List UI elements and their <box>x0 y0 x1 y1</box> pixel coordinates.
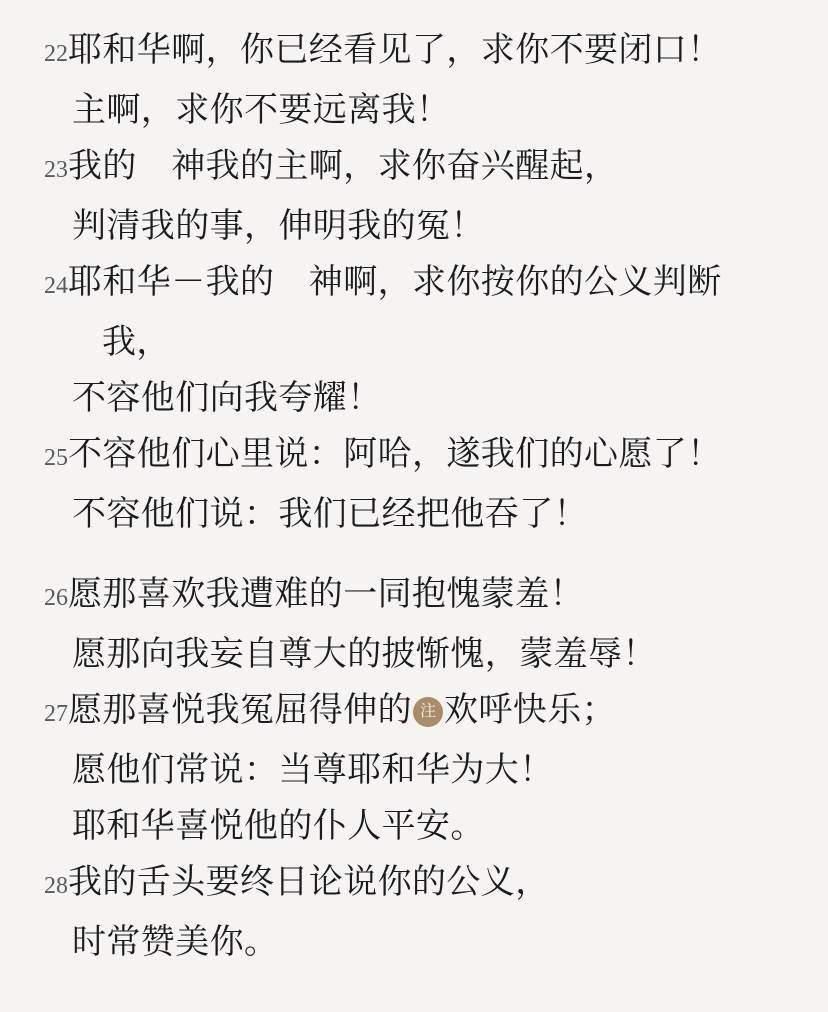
verse-24-line-1: 24耶和华－我的 神啊，求你按你的公义判断 <box>0 254 828 314</box>
verse-text: 主啊，求你不要远离我！ <box>72 91 450 129</box>
verse-26-line-2: 愿那向我妄自尊大的披惭愧，蒙羞辱！ <box>0 626 828 682</box>
verse-text: 耶和华－我的 神啊，求你按你的公义判断 <box>68 263 722 301</box>
verse-text: 愿他们常说：当尊耶和华为大！ <box>72 751 554 789</box>
verse-text: 愿那喜欢我遭难的一同抱愧蒙羞！ <box>68 575 584 613</box>
verse-24-line-3: 不容他们向我夸耀！ <box>0 370 828 426</box>
verse-28-line-1: 28我的舌头要终日论说你的公义， <box>0 854 828 914</box>
verse-number: 25 <box>44 430 68 486</box>
verse-text: 我的舌头要终日论说你的公义， <box>68 863 550 901</box>
verse-number: 27 <box>44 686 68 742</box>
verse-text: 愿那喜悦我冤屈得伸的 <box>68 691 412 729</box>
verse-25-line-1: 25不容他们心里说：阿哈，遂我们的心愿了！ <box>0 426 828 486</box>
verse-22-line-1: 22耶和华啊，你已经看见了，求你不要闭口！ <box>0 22 828 82</box>
verse-text: 不容他们向我夸耀！ <box>72 379 382 417</box>
verse-text: 欢呼快乐； <box>444 691 616 729</box>
verse-25-line-2: 不容他们说：我们已经把他吞了！ <box>0 486 828 542</box>
verse-23-line-2: 判清我的事，伸明我的冤！ <box>0 198 828 254</box>
verse-number: 24 <box>44 258 68 314</box>
verse-number: 23 <box>44 142 68 198</box>
verse-text: 时常赞美你。 <box>72 923 278 961</box>
verse-text: 判清我的事，伸明我的冤！ <box>72 207 485 245</box>
verse-number: 22 <box>44 26 68 82</box>
verse-27-line-3: 耶和华喜悦他的仆人平安。 <box>0 798 828 854</box>
verse-26-line-1: 26愿那喜欢我遭难的一同抱愧蒙羞！ <box>0 566 828 626</box>
verse-22-line-2: 主啊，求你不要远离我！ <box>0 82 828 138</box>
verse-text: 不容他们心里说：阿哈，遂我们的心愿了！ <box>68 435 722 473</box>
verse-27-line-2: 愿他们常说：当尊耶和华为大！ <box>0 742 828 798</box>
verse-24-line-2: 我， <box>0 314 828 370</box>
verse-text: 耶和华啊，你已经看见了，求你不要闭口！ <box>68 31 722 69</box>
verse-27-line-1: 27愿那喜悦我冤屈得伸的注欢呼快乐； <box>0 682 828 742</box>
verse-text: 我的 神我的主啊，求你奋兴醒起， <box>68 147 618 185</box>
verse-number: 26 <box>44 570 68 626</box>
verse-23-line-1: 23我的 神我的主啊，求你奋兴醒起， <box>0 138 828 198</box>
footnote-badge[interactable]: 注 <box>413 697 443 727</box>
verse-text: 不容他们说：我们已经把他吞了！ <box>72 495 588 533</box>
verse-text: 我， <box>102 323 171 361</box>
scripture-page: 22耶和华啊，你已经看见了，求你不要闭口！ 主啊，求你不要远离我！ 23我的 神… <box>0 0 828 1012</box>
verse-text: 愿那向我妄自尊大的披惭愧，蒙羞辱！ <box>72 635 657 673</box>
verse-28-line-2: 时常赞美你。 <box>0 914 828 970</box>
verse-number: 28 <box>44 858 68 914</box>
verse-text: 耶和华喜悦他的仆人平安。 <box>72 807 485 845</box>
